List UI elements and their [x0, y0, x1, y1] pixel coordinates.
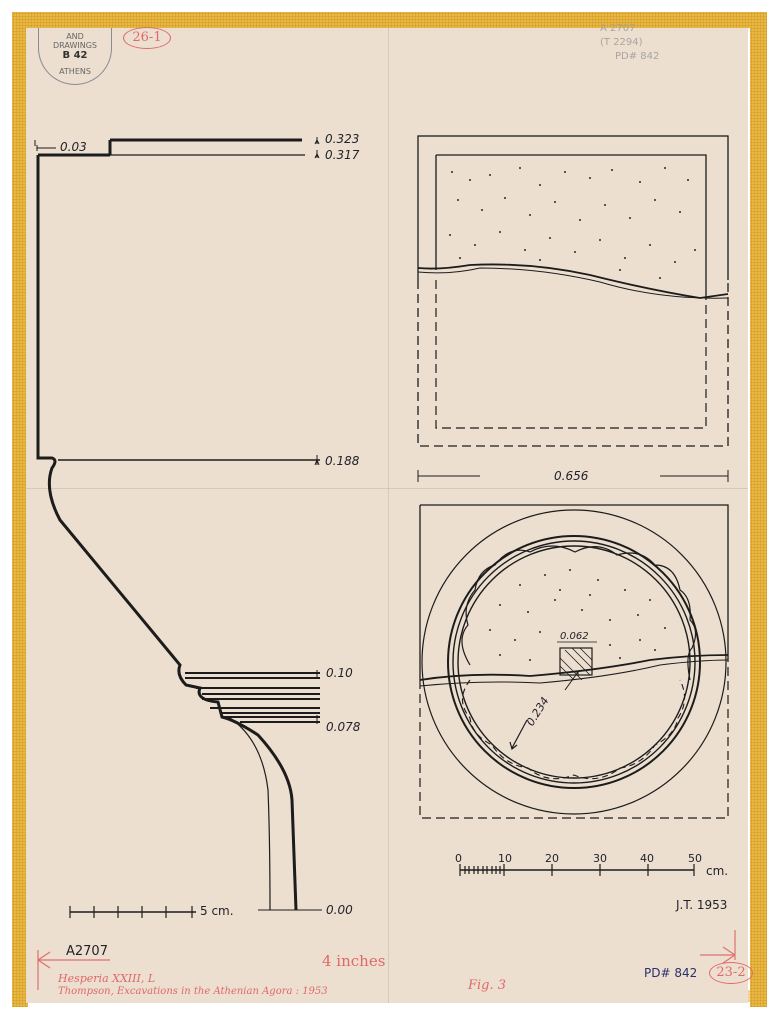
- profile-section: [35, 137, 322, 918]
- elevation-view: [418, 136, 728, 482]
- dim-rim-offset: 0.03: [60, 140, 87, 154]
- draftsman-credit: J.T. 1953: [676, 898, 727, 912]
- dim-inner-rim-height: 0.317: [325, 148, 359, 162]
- reference-line-2: Thompson, Excavations in the Athenian Ag…: [58, 986, 328, 997]
- stipple-plan: [489, 569, 666, 661]
- dim-molding-top: 0.10: [326, 666, 353, 680]
- inventory-number: A2707: [66, 944, 108, 959]
- figure-number: Fig. 3: [468, 978, 506, 993]
- dim-base: 0.00: [326, 903, 353, 917]
- dimension-note: 4 inches: [322, 952, 385, 970]
- catalog-label-bottom: 23-2: [709, 962, 753, 984]
- stipple-elevation: [449, 167, 696, 279]
- drawing-linework: [0, 0, 779, 1024]
- plan-opening-label: 0.062: [560, 631, 589, 642]
- elevation-width-label: 0.656: [554, 469, 588, 483]
- reference-line-1: Hesperia XXIII, L: [58, 972, 155, 985]
- plan-view: [420, 505, 728, 876]
- dim-shoulder-height: 0.188: [325, 454, 359, 468]
- profile-scale-label: 5 cm.: [200, 904, 234, 918]
- dim-top-height: 0.323: [325, 132, 359, 146]
- dim-molding-bottom: 0.078: [326, 720, 360, 734]
- pd-number: PD# 842: [644, 966, 697, 980]
